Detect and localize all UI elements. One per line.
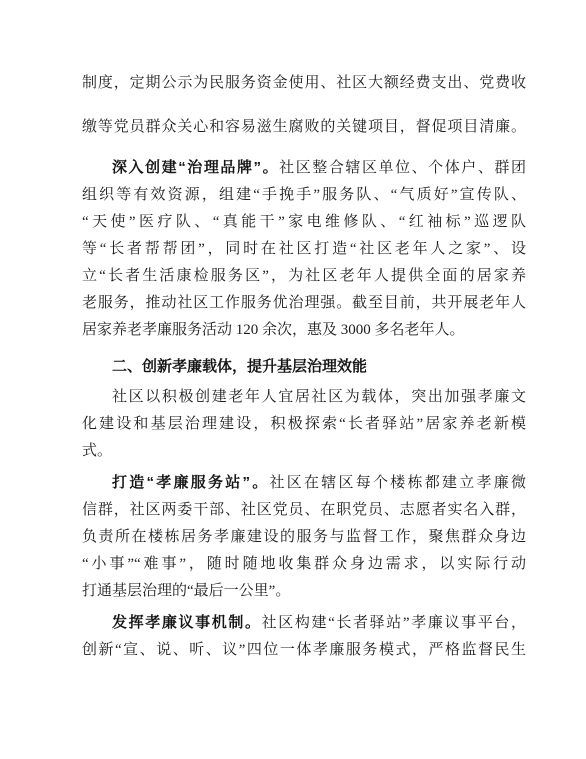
line-text: 社区构建“长者驿站”孝廉议事平台， — [262, 615, 526, 631]
paragraph-carryover: 制度，定期公示为民服务资金使用、社区大额经费支出、党费收 缴等党员群众关心和容易… — [82, 61, 526, 149]
paragraph-deliberation-mechanism: 发挥孝廉议事机制。社区构建“长者驿站”孝廉议事平台， 创新“宣、说、听、议”四位… — [82, 609, 526, 664]
paragraph-service-station: 打造“孝廉服务站”。社区在辖区每个楼栋都建立孝廉微 信群，社区两委干部、社区党员… — [82, 469, 526, 605]
text-line: 信群，社区两委干部、社区党员、在职党员、志愿者实名入群， — [82, 497, 526, 524]
text-line: 打通基层治理的“最后一公里”。 — [82, 578, 526, 605]
line-text: 社区整合辖区单位、个体户、群团 — [279, 160, 526, 176]
paragraph-governance-brand: 深入创建“治理品牌”。社区整合辖区单位、个体户、群团 组织等有效资源，组建“手挽… — [82, 154, 526, 344]
text-line: 化建设和基层治理建设，积极探索“长者驿站”居家养老新模 — [82, 411, 526, 438]
text-line: “天使”医疗队、“真能干”家电维修队、“红袖标”巡逻队 — [82, 209, 526, 236]
text-line: 创新“宣、说、听、议”四位一体孝廉服务模式，严格监督民生 — [82, 637, 526, 664]
document-page: 制度，定期公示为民服务资金使用、社区大额经费支出、党费收 缴等党员群众关心和容易… — [0, 0, 586, 759]
text-line: 式。 — [82, 438, 526, 465]
text-line: 社区以积极创建老年人宜居社区为载体，突出加强孝廉文 — [82, 384, 526, 411]
lead-phrase: 发挥孝廉议事机制。 — [112, 614, 262, 631]
lead-phrase: 深入创建“治理品牌”。 — [112, 159, 279, 176]
text-line: 发挥孝廉议事机制。社区构建“长者驿站”孝廉议事平台， — [82, 609, 526, 637]
text-line: 缴等党员群众关心和容易滋生腐败的关键项目，督促项目清廉。 — [82, 105, 526, 149]
text-line: 等“长者帮帮团”，同时在社区打造“社区老年人之家”、设 — [82, 236, 526, 263]
text-line: 负责所在楼栋居务孝廉建设的服务与监督工作，聚焦群众身边 — [82, 524, 526, 551]
text-line: 制度，定期公示为民服务资金使用、社区大额经费支出、党费收 — [82, 61, 526, 105]
paragraph-elderly-community: 社区以积极创建老年人宜居社区为载体，突出加强孝廉文 化建设和基层治理建设，积极探… — [82, 384, 526, 465]
text-line: “小事”“难事”，随时随地收集群众身边需求，以实际行动 — [82, 551, 526, 578]
lead-phrase: 打造“孝廉服务站”。 — [112, 474, 270, 491]
text-line: 居家养老孝廉服务活动 120 余次，惠及 3000 多名老年人。 — [82, 317, 526, 344]
line-text: 社区在辖区每个楼栋都建立孝廉微 — [270, 475, 526, 491]
section-heading: 二、创新孝廉载体，提升基层治理效能 — [82, 353, 526, 380]
text-line: 组织等有效资源，组建“手挽手”服务队、“气质好”宣传队、 — [82, 182, 526, 209]
text-line: 立“长者生活康检服务区”，为社区老年人提供全面的居家养 — [82, 263, 526, 290]
text-line: 深入创建“治理品牌”。社区整合辖区单位、个体户、群团 — [82, 154, 526, 182]
text-line: 打造“孝廉服务站”。社区在辖区每个楼栋都建立孝廉微 — [82, 469, 526, 497]
page-text-block: 制度，定期公示为民服务资金使用、社区大额经费支出、党费收 缴等党员群众关心和容易… — [82, 61, 526, 664]
heading-text: 二、创新孝廉载体，提升基层治理效能 — [82, 353, 526, 380]
text-line: 老服务，推动社区工作服务优治理强。截至目前，共开展老年人 — [82, 290, 526, 317]
